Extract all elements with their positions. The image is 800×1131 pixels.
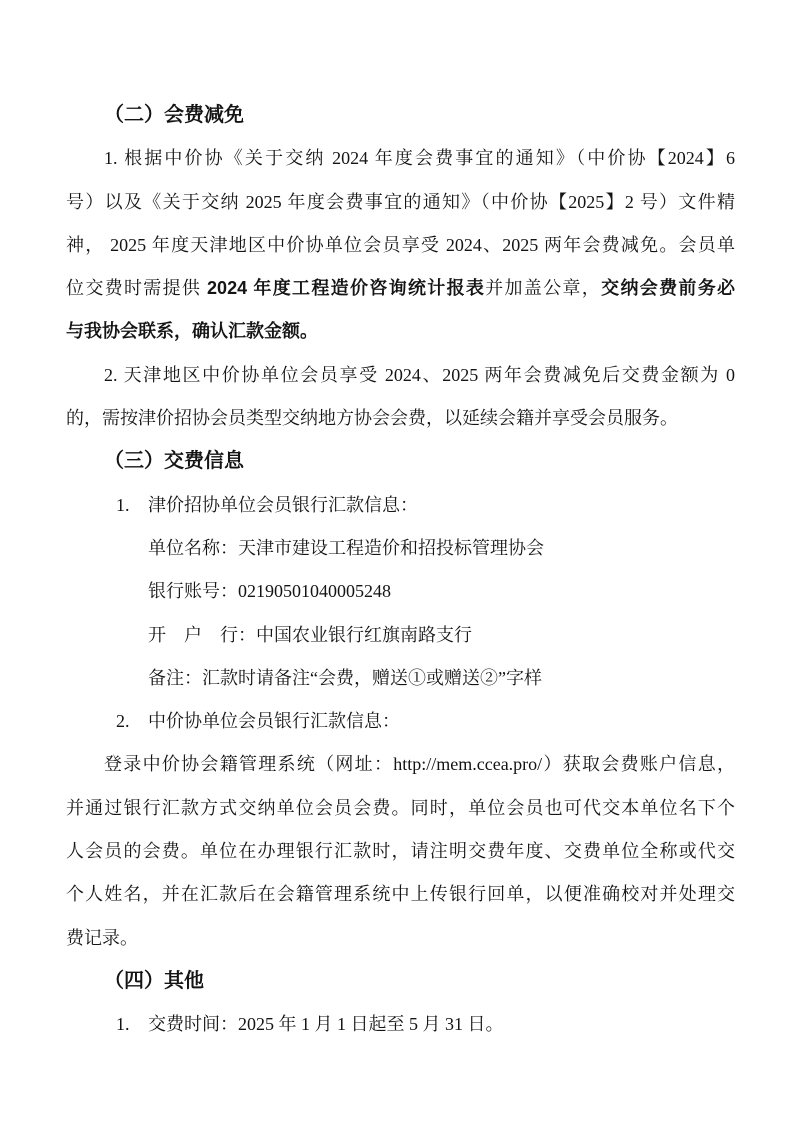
para-fee-reduction-1-line-2: 号）以及《关于交纳 2025 年度会费事宜的通知》（中价协【2025】2 号）文… bbox=[66, 181, 735, 224]
para-fee-reduction-1-line-5: 与我协会联系，确认汇款金额。 bbox=[66, 310, 735, 353]
list-item-payment-period: 1.交费时间：2025 年 1 月 1 日起至 5 月 31 日。 bbox=[66, 1003, 735, 1046]
para-fee-reduction-1-line-4: 位交费时需提供 2024 年度工程造价咨询统计报表并加盖公章，交纳会费前务必 bbox=[66, 267, 735, 310]
para-fee-reduction-2-line-2: 的，需按津价招协会员类型交纳地方协会会费，以延续会籍并享受会员服务。 bbox=[66, 397, 735, 440]
section-heading-fee-reduction: （二）会费减免 bbox=[66, 94, 735, 137]
list-item-label: 交费时间：2025 年 1 月 1 日起至 5 月 31 日。 bbox=[148, 1014, 504, 1034]
document-page: （二）会费减免 1. 根据中价协《关于交纳 2024 年度会费事宜的通知》（中价… bbox=[0, 0, 800, 1131]
bold-run-contact-notice: 交纳会费前务必 bbox=[601, 278, 735, 298]
list-item-label: 津价招协单位会员银行汇款信息： bbox=[148, 495, 418, 515]
bold-run-statistics-report: 2024 年度工程造价咨询统计报表 bbox=[207, 278, 485, 298]
detail-label: 银行账号： bbox=[148, 581, 238, 601]
para-fee-reduction-2-line-1: 2. 天津地区中价协单位会员享受 2024、2025 两年会费减免后交费金额为 … bbox=[66, 354, 735, 397]
detail-value: 汇款时请备注“会费，赠送①或赠送②”字样 bbox=[202, 668, 542, 688]
bank-detail-unit-name: 单位名称：天津市建设工程造价和招投标管理协会 bbox=[66, 527, 735, 570]
bank-detail-account-number: 银行账号：02190501040005248 bbox=[66, 570, 735, 613]
detail-label: 单位名称： bbox=[148, 538, 238, 558]
detail-label: 备注： bbox=[148, 668, 202, 688]
text-run: 并加盖公章， bbox=[485, 278, 601, 298]
bank-detail-branch: 开 户 行：中国农业银行红旗南路支行 bbox=[66, 614, 735, 657]
bank-detail-remark: 备注：汇款时请备注“会费，赠送①或赠送②”字样 bbox=[66, 657, 735, 700]
para-payment-system-line-2: 并通过银行汇款方式交纳单位会员会费。同时，单位会员也可代交本单位名下个 bbox=[66, 787, 735, 830]
list-item-jinjiazhao-bank-info: 1.津价招协单位会员银行汇款信息： bbox=[66, 484, 735, 527]
para-payment-system-line-3: 人会员的会费。单位在办理银行汇款时，请注明交费年度、交费单位全称或代交 bbox=[66, 830, 735, 873]
list-item-label: 中价协单位会员银行汇款信息： bbox=[148, 711, 400, 731]
para-fee-reduction-1-line-1: 1. 根据中价协《关于交纳 2024 年度会费事宜的通知》（中价协【2024】6 bbox=[66, 137, 735, 180]
section-heading-payment-info: （三）交费信息 bbox=[66, 440, 735, 483]
section-heading-other: （四）其他 bbox=[66, 960, 735, 1003]
para-fee-reduction-1-line-3: 神， 2025 年度天津地区中价协单位会员享受 2024、2025 两年会费减免… bbox=[66, 224, 735, 267]
detail-label: 开 户 行： bbox=[148, 625, 256, 645]
detail-value: 02190501040005248 bbox=[238, 581, 391, 601]
text-run: 位交费时需提供 bbox=[66, 278, 207, 298]
list-number: 1. bbox=[116, 1003, 148, 1046]
list-item-zhongjiaxie-bank-info: 2.中价协单位会员银行汇款信息： bbox=[66, 700, 735, 743]
detail-value: 中国农业银行红旗南路支行 bbox=[256, 625, 472, 645]
list-number: 2. bbox=[116, 700, 148, 743]
para-payment-system-line-5: 费记录。 bbox=[66, 917, 735, 960]
list-number: 1. bbox=[116, 484, 148, 527]
para-payment-system-line-1: 登录中价协会籍管理系统（网址：http://mem.ccea.pro/）获取会费… bbox=[66, 743, 735, 786]
bold-run-confirm-amount: 与我协会联系，确认汇款金额。 bbox=[66, 321, 318, 341]
document-body: （二）会费减免 1. 根据中价协《关于交纳 2024 年度会费事宜的通知》（中价… bbox=[66, 94, 735, 1047]
detail-value: 天津市建设工程造价和招投标管理协会 bbox=[238, 538, 544, 558]
para-payment-system-line-4: 个人姓名，并在汇款后在会籍管理系统中上传银行回单，以便准确校对并处理交 bbox=[66, 873, 735, 916]
